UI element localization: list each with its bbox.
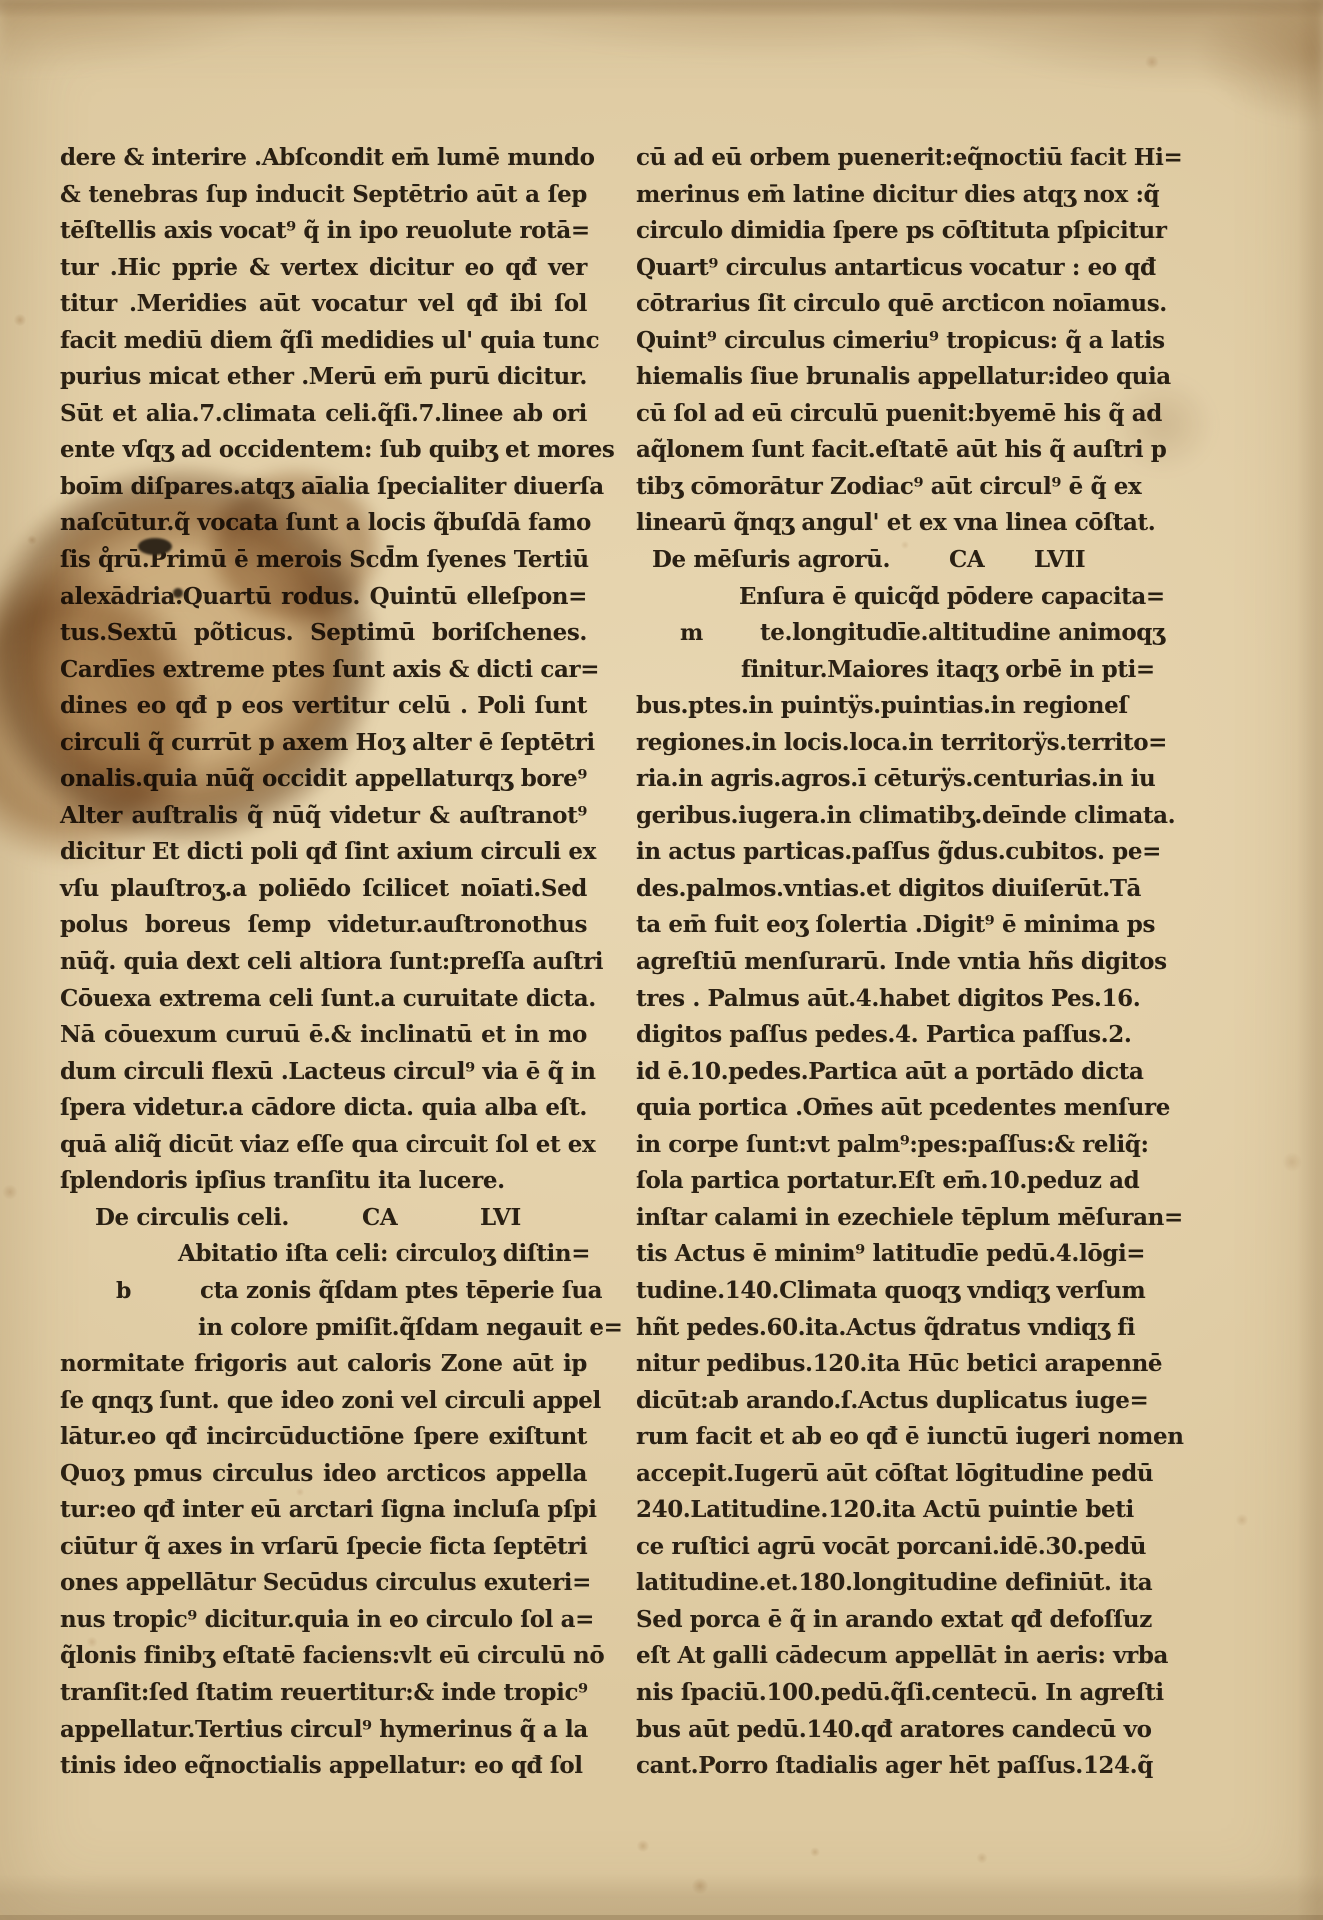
text-line: in actus particas.paſſus g̃dus.cubitos. … (636, 834, 1113, 871)
text-line: digitos paſſus pedes.4. Partica paſſus.2… (636, 1017, 1113, 1054)
chapter-heading: De circulis celi.CALVI (60, 1200, 587, 1237)
text-line: facit mediū diem q̃ſi medidies ul' quia … (60, 323, 587, 360)
text-line-content: quia portica .Om̄es aūt pcedentes menſur… (636, 1094, 1170, 1121)
text-line-content: finitur.Maiores itaqʒ orbē in pti= (741, 656, 1155, 683)
text-line: inſtar calami in ezechiele tēplum mēſura… (636, 1200, 1113, 1237)
text-column-right: cū ad eū orbem puenerit:eq̃noctiū facit … (636, 140, 1113, 1785)
text-line-content: dere & interire .Abſcondit em̄ lumē mund… (60, 144, 595, 171)
text-line-content: bus.ptes.in puintÿs.puintias.in regioneſ (636, 692, 1128, 719)
text-line-content: in colore pmiſit.q̃ſdam negauit e= (198, 1314, 623, 1341)
text-line-content: quā aliq̃ dicūt viaz eſſe qua circuit ſo… (60, 1131, 595, 1158)
text-line-content: cōtrarius ſit circulo quē arcticon noīam… (636, 290, 1167, 317)
text-line: Cōuexa extrema celi ſunt.a curuitate dic… (60, 981, 587, 1018)
text-line-content: onalis.quia nūq̃ occidit appellaturqʒ bo… (60, 765, 587, 792)
text-line: bus aūt pedū.140.qđ aratores candecū vo (636, 1712, 1113, 1749)
text-line-content: dum circuli flexū .Lacteus circul⁹ via ē… (60, 1058, 596, 1085)
text-line: circulo dimidia ſpere ps cōſtituta pſpic… (636, 213, 1113, 250)
text-line-content: lātur.eo qđ incircūductiōne ſpere exiſtu… (60, 1423, 587, 1450)
text-line: normitate frigoris aut caloris Zone aūt … (60, 1346, 587, 1383)
text-line: nis ſpaciū.100.pedū.q̃ſi.centecū. In agr… (636, 1675, 1113, 1712)
text-line-content: Sūt et alia.7.climata celi.q̃ſi.7.linee … (60, 400, 587, 427)
text-line: Quart⁹ circulus antarticus vocatur : eo … (636, 250, 1113, 287)
chapter-number: LVI (480, 1200, 521, 1237)
text-line-content: ria.in agris.agros.ī cēturÿs.centurias.i… (636, 765, 1155, 792)
text-line-content: in corpe ſunt:vt palm⁹:pes:paſſus:& reli… (636, 1131, 1149, 1158)
text-line-content: Quint⁹ circulus cimeriu⁹ tropicus: q̃ a … (636, 327, 1165, 354)
text-line-content: eſt At galli cādecum appellāt in aeris: … (636, 1642, 1168, 1669)
text-line: linearū q̃nqʒ angul' et ex vna linea cōſ… (636, 505, 1113, 542)
text-line: nus tropic⁹ dicitur.quia in eo circulo ſ… (60, 1602, 587, 1639)
chapter-ca-label: CA (362, 1200, 397, 1237)
text-line-content: Enſura ē quicq̃d pōdere capacita= (739, 583, 1165, 610)
text-line: dicūt:ab arando.ſ.Actus duplicatus iuge= (636, 1383, 1113, 1420)
text-line: hiemalis ſiue brunalis appellatur:ideo q… (636, 359, 1113, 396)
text-line-content: vſu plauſtroʒ.a poliēdo ſcilicet noīati.… (60, 875, 587, 902)
text-line-content: nus tropic⁹ dicitur.quia in eo circulo ſ… (60, 1606, 594, 1633)
text-line-content: nis ſpaciū.100.pedū.q̃ſi.centecū. In agr… (636, 1679, 1164, 1706)
text-line: dicitur Et dicti poli qđ ſint axium circ… (60, 834, 587, 871)
text-line: Cardīes extreme ptes ſunt axis & dicti c… (60, 652, 587, 689)
text-line-content: ciūtur q̃ axes in vrſarū ſpecie ficta ſe… (60, 1533, 587, 1560)
text-line-content: q̃lonis finibʒ eſtatē faciens:vlt eū cir… (60, 1642, 604, 1669)
text-line: quā aliq̃ dicūt viaz eſſe qua circuit ſo… (60, 1127, 587, 1164)
text-line: & tenebras ſup inducit Septētrio aūt a ſ… (60, 177, 587, 214)
initial-guide-letter: m (680, 615, 703, 652)
text-line: cant.Porro ſtadialis ager hēt paſſus.124… (636, 1748, 1113, 1785)
text-line-content: hiemalis ſiue brunalis appellatur:ideo q… (636, 363, 1171, 390)
text-line: des.palmos.vntias.et digitos diuiſerūt.T… (636, 871, 1113, 908)
text-line: quia portica .Om̄es aūt pcedentes menſur… (636, 1090, 1113, 1127)
text-line: nūq̃. quia dext celi altiora ſunt:preſſa… (60, 944, 587, 981)
text-line: eſt At galli cādecum appellāt in aeris: … (636, 1638, 1113, 1675)
text-line: cōtrarius ſit circulo quē arcticon noīam… (636, 286, 1113, 323)
text-line: ente vſqʒ ad occidentem: ſub quibʒ et mo… (60, 432, 587, 469)
text-line: titur .Meridies aūt vocatur vel qđ ibi ſ… (60, 286, 587, 323)
text-line-content: id ē.10.pedes.Partica aūt a portādo dict… (636, 1058, 1143, 1085)
text-line-content: ones appellātur Secūdus circulus exuteri… (60, 1569, 591, 1596)
text-line: ſola partica portatur.Eſt em̄.10.peduz a… (636, 1163, 1113, 1200)
text-line-content: ta em̄ fuit eoʒ ſolertia .Digit⁹ ē minim… (636, 911, 1155, 938)
text-line-content: dines eo qđ p eos vertitur celū . Poli ſ… (60, 692, 587, 719)
text-line-content: Cardīes extreme ptes ſunt axis & dicti c… (60, 656, 599, 683)
text-line: onalis.quia nūq̃ occidit appellaturqʒ bo… (60, 761, 587, 798)
text-line: rum facit et ab eo qđ ē iunctū iugeri no… (636, 1419, 1113, 1456)
text-line-content: Abitatio iſta celi: circuloʒ diſtin= (178, 1240, 590, 1267)
text-line-content: Alter auſtralis q̃ nūq̃ videtur & auſtra… (60, 802, 587, 829)
text-line-content: digitos paſſus pedes.4. Partica paſſus.2… (636, 1021, 1131, 1048)
text-line-content: tres . Palmus aūt.4.habet digitos Pes.16… (636, 985, 1140, 1012)
incunabulum-page: dere & interire .Abſcondit em̄ lumē mund… (0, 0, 1323, 1920)
text-line: mte.longitudīe.altitudine animoqʒ (636, 615, 1113, 652)
text-line: tur:eo qđ inter eū arctari ſigna incluſa… (60, 1492, 587, 1529)
text-line-content: Quart⁹ circulus antarticus vocatur : eo … (636, 254, 1156, 281)
text-line: lātur.eo qđ incircūductiōne ſpere exiſtu… (60, 1419, 587, 1456)
text-line-content: ſpera videtur.a cādore dicta. quia alba … (60, 1094, 587, 1121)
text-line-content: naſcūtur.q̃ vocata ſunt a locis q̃buſdā … (60, 509, 591, 536)
text-line: accepit.Iugerū aūt cōſtat lōgitudine ped… (636, 1456, 1113, 1493)
text-line: dines eo qđ p eos vertitur celū . Poli ſ… (60, 688, 587, 725)
text-line: ſpera videtur.a cādore dicta. quia alba … (60, 1090, 587, 1127)
text-line-content: ce ruſtici agrū vocāt porcani.idē.30.ped… (636, 1533, 1146, 1560)
text-line-content: in actus particas.paſſus g̃dus.cubitos. … (636, 838, 1161, 865)
text-line: Alter auſtralis q̃ nūq̃ videtur & auſtra… (60, 798, 587, 835)
text-line: tres . Palmus aūt.4.habet digitos Pes.16… (636, 981, 1113, 1018)
chapter-number: LVII (1034, 542, 1085, 579)
text-line-content: normitate frigoris aut caloris Zone aūt … (60, 1350, 587, 1377)
initial-guide-letter: b (116, 1273, 131, 1310)
text-line: ce ruſtici agrū vocāt porcani.idē.30.ped… (636, 1529, 1113, 1566)
text-line: Sūt et alia.7.climata celi.q̃ſi.7.linee … (60, 396, 587, 433)
text-line-content: Sed porca ē q̃ in arando extat qđ defoſſ… (636, 1606, 1152, 1633)
text-line-content: te.longitudīe.altitudine animoqʒ (760, 619, 1165, 646)
text-line: agreſtiū menſurarū. Inde vntia hñs digit… (636, 944, 1113, 981)
text-line: nitur pedibus.120.ita Hūc betici arapenn… (636, 1346, 1113, 1383)
text-line: boīm diſpares.atqʒ aīalia ſpecialiter di… (60, 469, 587, 506)
text-line: Quint⁹ circulus cimeriu⁹ tropicus: q̃ a … (636, 323, 1113, 360)
text-line-content: bus aūt pedū.140.qđ aratores candecū vo (636, 1716, 1152, 1743)
text-line-content: tis Actus ē minim⁹ latitudīe pedū.4.lōgi… (636, 1240, 1145, 1267)
text-line-content: inſtar calami in ezechiele tēplum mēſura… (636, 1204, 1183, 1231)
text-line: in colore pmiſit.q̃ſdam negauit e= (60, 1310, 587, 1347)
text-line: Sed porca ē q̃ in arando extat qđ defoſſ… (636, 1602, 1113, 1639)
text-line-content: regiones.in locis.loca.in territorÿs.ter… (636, 729, 1167, 756)
text-line-content: cū ſol ad eū circulū puenit:byemē his q̃… (636, 400, 1162, 427)
text-line: polus boreus ſemp videtur.auſtronothus (60, 907, 587, 944)
text-line: tur .Hic pprie & vertex dicitur eo qđ ve… (60, 250, 587, 287)
text-line-content: tinis ideo eq̃noctialis appellatur: eo q… (60, 1752, 583, 1779)
text-line-content: latitudine.et.180.longitudine definiūt. … (636, 1569, 1152, 1596)
text-line: tranſit:ſed ſtatim reuertitur:& inde tro… (60, 1675, 587, 1712)
text-line-content: circuli q̃ currūt p axem Hoʒ alter ē ſep… (60, 729, 595, 756)
text-line-content: rum facit et ab eo qđ ē iunctū iugeri no… (636, 1423, 1184, 1450)
text-line-content: & tenebras ſup inducit Septētrio aūt a ſ… (60, 181, 587, 208)
chapter-title: De mēſuris agrorū. (652, 542, 890, 579)
text-line: merinus em̄ latine dicitur dies atqʒ nox… (636, 177, 1113, 214)
text-line: id ē.10.pedes.Partica aūt a portādo dict… (636, 1054, 1113, 1091)
text-line: ſplendoris ipſius tranſitu ita lucere. (60, 1163, 587, 1200)
text-line-content: agreſtiū menſurarū. Inde vntia hñs digit… (636, 948, 1167, 975)
text-line-content: cta zonis q̃ſdam ptes tēperie ſua (200, 1277, 602, 1304)
chapter-ca-label: CA (949, 542, 984, 579)
text-line: ta em̄ fuit eoʒ ſolertia .Digit⁹ ē minim… (636, 907, 1113, 944)
text-column-left: dere & interire .Abſcondit em̄ lumē mund… (60, 140, 587, 1785)
text-line: vſu plauſtroʒ.a poliēdo ſcilicet noīati.… (60, 871, 587, 908)
text-line: purius micat ether .Merū em̄ purū dicitu… (60, 359, 587, 396)
text-line: alexādria.Quartū rodus. Quintū elleſpon= (60, 579, 587, 616)
text-line-content: Nā cōuexum curuū ē.& inclinatū et in mo (60, 1021, 587, 1048)
text-line: naſcūtur.q̃ vocata ſunt a locis q̃buſdā … (60, 505, 587, 542)
text-line-content: appellatur.Tertius circul⁹ hymerinus q̃ … (60, 1716, 588, 1743)
text-line: q̃lonis finibʒ eſtatē faciens:vlt eū cir… (60, 1638, 587, 1675)
text-line-content: titur .Meridies aūt vocatur vel qđ ibi ſ… (60, 290, 587, 317)
text-line: tinis ideo eq̃noctialis appellatur: eo q… (60, 1748, 587, 1785)
text-line: Abitatio iſta celi: circuloʒ diſtin= (60, 1236, 587, 1273)
text-line: tis Actus ē minim⁹ latitudīe pedū.4.lōgi… (636, 1236, 1113, 1273)
text-line: 240.Latitudine.120.ita Actū puintie beti (636, 1492, 1113, 1529)
text-line-content: tibʒ cōmorātur Zodiac⁹ aūt circul⁹ ē q̃ … (636, 473, 1141, 500)
text-line: ſis q̊rū.Primū ē merois Scd̄m ſyenes Ter… (60, 542, 587, 579)
chapter-heading: De mēſuris agrorū.CALVII (636, 542, 1113, 579)
text-line: Nā cōuexum curuū ē.& inclinatū et in mo (60, 1017, 587, 1054)
text-line: cū ad eū orbem puenerit:eq̃noctiū facit … (636, 140, 1113, 177)
text-line: hñt pedes.60.ita.Actus q̃dratus vndiqʒ f… (636, 1310, 1113, 1347)
text-line: tus.Sextū põticus. Septimū boriſchenes. (60, 615, 587, 652)
text-line-content: cant.Porro ſtadialis ager hēt paſſus.124… (636, 1752, 1153, 1779)
text-line-content: cū ad eū orbem puenerit:eq̃noctiū facit … (636, 144, 1182, 171)
text-line: dere & interire .Abſcondit em̄ lumē mund… (60, 140, 587, 177)
text-line: cū ſol ad eū circulū puenit:byemē his q̃… (636, 396, 1113, 433)
text-line-content: hñt pedes.60.ita.Actus q̃dratus vndiqʒ f… (636, 1314, 1135, 1341)
text-line-content: tur:eo qđ inter eū arctari ſigna incluſa… (60, 1496, 597, 1523)
text-line: tibʒ cōmorātur Zodiac⁹ aūt circul⁹ ē q̃ … (636, 469, 1113, 506)
text-line: bcta zonis q̃ſdam ptes tēperie ſua (60, 1273, 587, 1310)
text-line-content: nūq̃. quia dext celi altiora ſunt:preſſa… (60, 948, 603, 975)
text-line-content: tur .Hic pprie & vertex dicitur eo qđ ve… (60, 254, 587, 281)
text-line-content: accepit.Iugerū aūt cōſtat lōgitudine ped… (636, 1460, 1153, 1487)
text-line-content: nitur pedibus.120.ita Hūc betici arapenn… (636, 1350, 1162, 1377)
text-line-content: alexādria.Quartū rodus. Quintū elleſpon= (60, 583, 587, 610)
text-line-content: ſis q̊rū.Primū ē merois Scd̄m ſyenes Ter… (60, 546, 589, 573)
text-line-content: des.palmos.vntias.et digitos diuiſerūt.T… (636, 875, 1141, 902)
text-line-content: circulo dimidia ſpere ps cōſtituta pſpic… (636, 217, 1167, 244)
text-line: latitudine.et.180.longitudine definiūt. … (636, 1565, 1113, 1602)
text-line-content: ſplendoris ipſius tranſitu ita lucere. (60, 1167, 505, 1194)
text-line: ria.in agris.agros.ī cēturÿs.centurias.i… (636, 761, 1113, 798)
text-line: bus.ptes.in puintÿs.puintias.in regioneſ (636, 688, 1113, 725)
text-line: geribus.iugera.in climatibʒ.deīnde clima… (636, 798, 1113, 835)
text-line-content: linearū q̃nqʒ angul' et ex vna linea cōſ… (636, 509, 1155, 536)
text-line-content: ſe qnqʒ ſunt. que ideo zoni vel circuli … (60, 1387, 601, 1414)
text-line-content: tēſtellis axis vocat⁹ q̃ in ipo reuolute… (60, 217, 590, 244)
text-line-content: merinus em̄ latine dicitur dies atqʒ nox… (636, 181, 1159, 208)
text-line: ſe qnqʒ ſunt. que ideo zoni vel circuli … (60, 1383, 587, 1420)
text-line-content: dicitur Et dicti poli qđ ſint axium circ… (60, 838, 596, 865)
text-line: finitur.Maiores itaqʒ orbē in pti= (636, 652, 1113, 689)
text-line: appellatur.Tertius circul⁹ hymerinus q̃ … (60, 1712, 587, 1749)
text-line: Quoʒ pmus circulus ideo arcticos appella (60, 1456, 587, 1493)
text-line-content: geribus.iugera.in climatibʒ.deīnde clima… (636, 802, 1175, 829)
text-line-content: boīm diſpares.atqʒ aīalia ſpecialiter di… (60, 473, 604, 500)
text-line-content: dicūt:ab arando.ſ.Actus duplicatus iuge= (636, 1387, 1148, 1414)
text-line: tudine.140.Climata quoqʒ vndiqʒ verſum (636, 1273, 1113, 1310)
text-line-content: tus.Sextū põticus. Septimū boriſchenes. (60, 619, 587, 646)
text-line: circuli q̃ currūt p axem Hoʒ alter ē ſep… (60, 725, 587, 762)
text-line: regiones.in locis.loca.in territorÿs.ter… (636, 725, 1113, 762)
text-line-content: Quoʒ pmus circulus ideo arcticos appella (60, 1460, 587, 1487)
text-line: aq̃lonem ſunt facit.eſtatē aūt his q̃ au… (636, 432, 1113, 469)
text-line-content: ſola partica portatur.Eſt em̄.10.peduz a… (636, 1167, 1139, 1194)
text-line: dum circuli flexū .Lacteus circul⁹ via ē… (60, 1054, 587, 1091)
text-line: ciūtur q̃ axes in vrſarū ſpecie ficta ſe… (60, 1529, 587, 1566)
chapter-title: De circulis celi. (95, 1200, 289, 1237)
text-line-content: polus boreus ſemp videtur.auſtronothus (60, 911, 587, 938)
text-line-content: aq̃lonem ſunt facit.eſtatē aūt his q̃ au… (636, 436, 1166, 463)
text-line-content: tudine.140.Climata quoqʒ vndiqʒ verſum (636, 1277, 1145, 1304)
text-line-content: tranſit:ſed ſtatim reuertitur:& inde tro… (60, 1679, 588, 1706)
text-line: Enſura ē quicq̃d pōdere capacita= (636, 579, 1113, 616)
text-line: tēſtellis axis vocat⁹ q̃ in ipo reuolute… (60, 213, 587, 250)
text-line-content: 240.Latitudine.120.ita Actū puintie beti (636, 1496, 1134, 1523)
text-line: ones appellātur Secūdus circulus exuteri… (60, 1565, 587, 1602)
text-line-content: purius micat ether .Merū em̄ purū dicitu… (60, 363, 587, 390)
text-line: in corpe ſunt:vt palm⁹:pes:paſſus:& reli… (636, 1127, 1113, 1164)
text-line-content: Cōuexa extrema celi ſunt.a curuitate dic… (60, 985, 596, 1012)
text-line-content: ente vſqʒ ad occidentem: ſub quibʒ et mo… (60, 436, 614, 463)
text-line-content: facit mediū diem q̃ſi medidies ul' quia … (60, 327, 599, 354)
